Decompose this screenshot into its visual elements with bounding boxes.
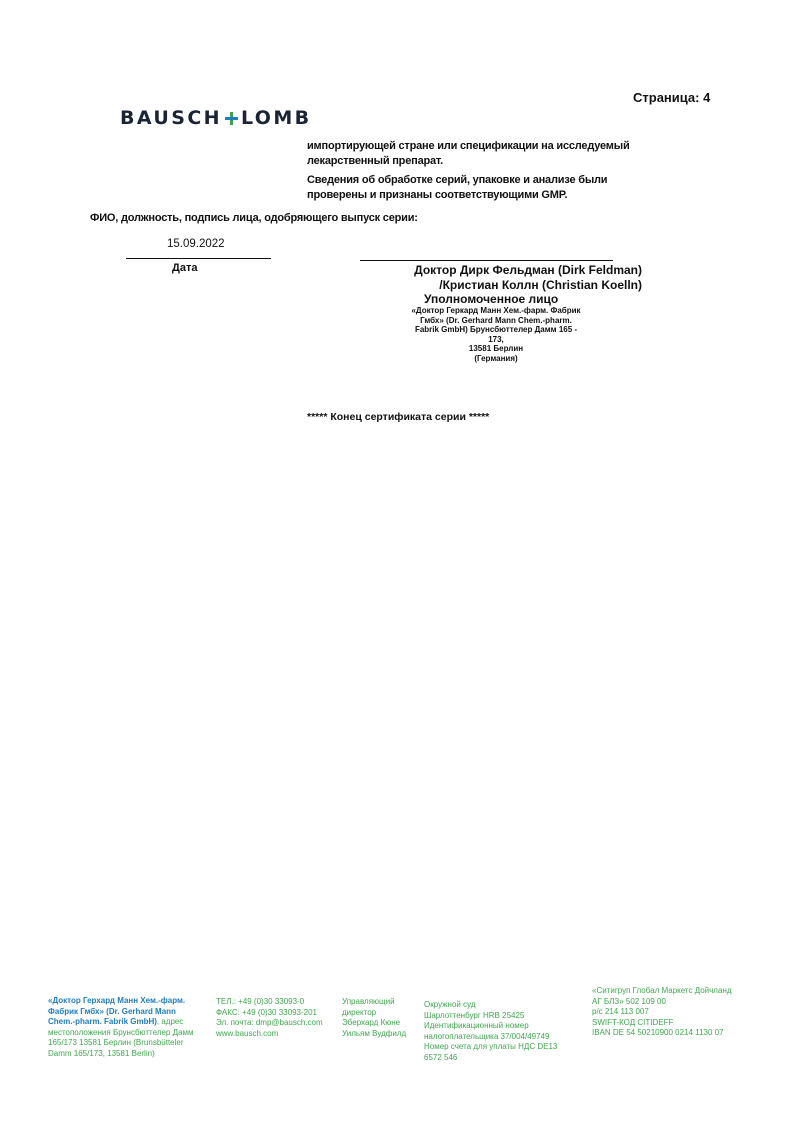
signer-2: /Кристиан Коллн (Christian Koelln) [360, 278, 642, 293]
footer-line: Номер счета для уплаты НДС DE13 [424, 1042, 594, 1053]
footer-website[interactable]: www.bausch.com [216, 1029, 346, 1040]
footer-registration: Окружной суд Шарлоттенбург HRB 25425 Иде… [424, 1000, 594, 1063]
address-line: Fabrik GmbH) Брунсбюттелер Дамм 165 - [398, 325, 594, 335]
footer-company-address: «Доктор Герхард Манн Хем.-фарм. Фабрик Г… [48, 996, 223, 1059]
logo-text-right: LOMB [241, 107, 312, 129]
footer-phone: ТЕЛ.: +49 (0)30 33093-0 [216, 997, 346, 1008]
footer-line: местоположения Брунсбюттелер Дамм [48, 1028, 223, 1039]
signer-names: Доктор Дирк Фельдман (Dirk Feldman) /Кри… [360, 263, 642, 293]
signer-address: «Доктор Геркард Манн Хем.-фарм. Фабрик Г… [398, 306, 594, 363]
address-line: Гмбх» (Dr. Gerhard Mann Chem.-pharm. [398, 316, 594, 326]
footer-line: Идентификационный номер [424, 1021, 594, 1032]
address-line: «Доктор Геркард Манн Хем.-фарм. Фабрик [398, 306, 594, 316]
footer-line: IBAN DE 54 50210900 0214 1130 07 [592, 1028, 772, 1039]
footer-line: налогоплательщика 37/004/49749 [424, 1032, 594, 1043]
address-line: 13581 Берлин [398, 344, 594, 354]
footer-line: 165/173 13581 Берлин (Brunsbütteler [48, 1038, 223, 1049]
footer-line: , адрес [157, 1017, 183, 1026]
footer-line: Damm 165/173, 13581 Berlin) [48, 1049, 223, 1060]
company-logo: BAUSCH LOMB [120, 107, 312, 129]
footer-line: АГ БЛЗ» 502 109 00 [592, 997, 772, 1008]
footer-line: «Ситигруп Глобал Маркетс Дойчланд [592, 986, 772, 997]
footer-email[interactable]: Эл. почта: dmp@bausch.com [216, 1018, 346, 1029]
signer-1: Доктор Дирк Фельдман (Dirk Feldman) [360, 263, 642, 278]
signer-role: Уполномоченное лицо [424, 292, 558, 306]
page-number: Страница: 4 [633, 90, 710, 105]
footer-fax: ФАКС: +49 (0)30 33093-201 [216, 1008, 346, 1019]
date-label: Дата [172, 262, 197, 274]
plus-icon [225, 112, 238, 125]
paragraph-gmp: Сведения об обработке серий, упаковке и … [307, 173, 647, 203]
footer-line: SWIFT-КОД CITIDEFF [592, 1018, 772, 1029]
footer-line: р/с 214 113 007 [592, 1007, 772, 1018]
paragraph-import-country: импортирующей стране или спецификации на… [307, 139, 647, 169]
signature-line [360, 260, 613, 261]
date-line [126, 258, 271, 259]
footer-line: директор [342, 1008, 422, 1019]
footer-line: Уильям Вудфилд [342, 1029, 422, 1040]
footer-line: Chem.-pharm. Fabrik GmbH) [48, 1017, 157, 1026]
footer-directors: Управляющий директор Эберхард Кюне Уилья… [342, 997, 422, 1039]
footer-line: 6572 546 [424, 1053, 594, 1064]
footer-line: Окружной суд [424, 1000, 594, 1011]
footer-line: Шарлоттенбург HRB 25425 [424, 1011, 594, 1022]
footer-contacts: ТЕЛ.: +49 (0)30 33093-0 ФАКС: +49 (0)30 … [216, 997, 346, 1039]
footer-line: Эберхард Кюне [342, 1018, 422, 1029]
date-value: 15.09.2022 [167, 238, 225, 250]
address-line: (Германия) [398, 354, 594, 364]
footer-bank: «Ситигруп Глобал Маркетс Дойчланд АГ БЛЗ… [592, 986, 772, 1039]
end-of-certificate: ***** Конец сертификата серии ***** [307, 411, 489, 423]
footer-line: Фабрик Гмбх» (Dr. Gerhard Mann [48, 1007, 223, 1018]
address-line: 173, [398, 335, 594, 345]
logo-text-left: BAUSCH [120, 107, 222, 129]
signature-section-label: ФИО, должность, подпись лица, одобряющег… [90, 212, 418, 224]
footer-line: Управляющий [342, 997, 422, 1008]
footer-line: «Доктор Герхард Манн Хем.-фарм. [48, 996, 223, 1007]
